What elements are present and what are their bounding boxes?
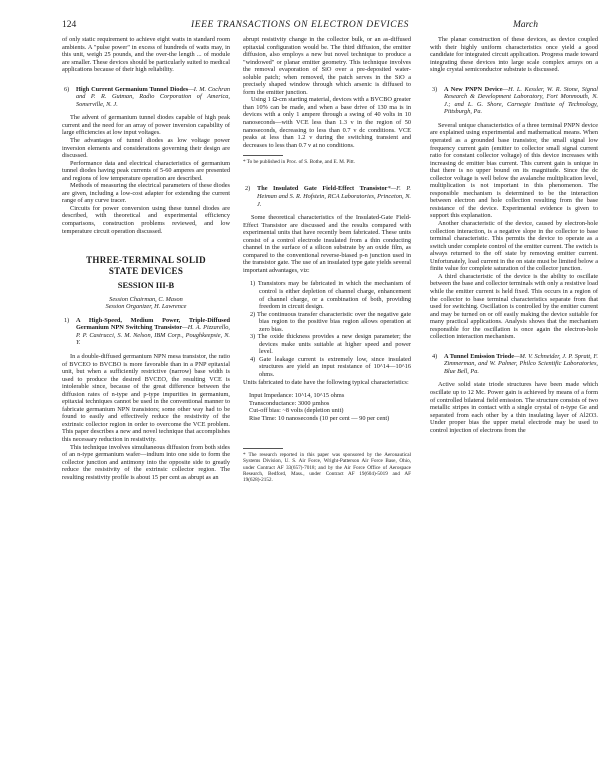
abstract-paragraph: A third characteristic of the device is …	[430, 273, 598, 341]
spec-item: Cut-off bias: ~8 volts (depletion unit)	[249, 407, 411, 415]
issue-month: March	[513, 20, 538, 30]
list-item: 1) Transistors may be fabricated in whic…	[247, 280, 411, 310]
paper-title-3: 3)A New PNPN Device—H. L. Kessler, W. R.…	[430, 86, 598, 116]
session-organizer: Session Organizer, H. Lawrence	[62, 303, 230, 311]
spec-item: Transconductance: 3000 µmhos	[249, 400, 411, 408]
abstract-paragraph: This technique involves simultaneous dif…	[62, 444, 230, 482]
journal-title: IEEE TRANSACTIONS ON ELECTRON DEVICES	[62, 20, 538, 30]
section-heading: THREE-TERMINAL SOLID STATE DEVICES	[62, 255, 230, 276]
journal-page: 124 IEEE TRANSACTIONS ON ELECTRON DEVICE…	[0, 0, 600, 760]
abstract-paragraph: In a double-diffused germanium NPN mesa …	[62, 353, 230, 444]
paper-title-1: 1)A High-Speed, Medium Power, Triple-Dif…	[62, 317, 230, 347]
column-middle: abrupt resistivity change in the collect…	[243, 36, 411, 483]
list-item: 3) The oxide thickness provides a new de…	[247, 333, 411, 356]
running-header: 124 IEEE TRANSACTIONS ON ELECTRON DEVICE…	[62, 20, 538, 34]
paper-title-6: 6)High Current Germanium Tunnel Diodes—I…	[62, 86, 230, 109]
footnote: * The research reported in this paper wa…	[243, 452, 411, 483]
paper-title-text: High Current Germanium Tunnel Diodes	[76, 86, 188, 93]
paper-title-text: A New PNPN Device	[444, 86, 503, 93]
continued-paragraph: of only static requirement to achieve ei…	[62, 36, 230, 74]
session-chairman: Session Chairman, C. Mason	[62, 296, 230, 304]
abstract-paragraph: Active solid state triode structures hav…	[430, 381, 598, 434]
column-right: The planar construction of these devices…	[430, 36, 598, 434]
abstract-paragraph: Methods of measuring the electrical para…	[62, 182, 230, 205]
spec-item: Input Impedance: 10^14, 10^15 ohms	[249, 392, 411, 400]
results-paragraph: Using 1 Ω-cm starting material, devices …	[243, 96, 411, 149]
list-item: 4) Gate leakage current is extremely low…	[247, 356, 411, 379]
abstract-paragraph: The advantages of tunnel diodes as low v…	[62, 137, 230, 160]
specs-list: Input Impedance: 10^14, 10^15 ohms Trans…	[243, 392, 411, 422]
units-intro: Units fabricated to date have the follow…	[243, 379, 411, 387]
section-heading-line: THREE-TERMINAL SOLID	[62, 255, 230, 266]
footnote-rule	[243, 448, 283, 449]
list-item: 2) The continuous transfer characteristi…	[247, 311, 411, 334]
abstract-paragraph: Performance data and electrical characte…	[62, 160, 230, 183]
section-heading-line: STATE DEVICES	[62, 266, 230, 277]
column-left: of only static requirement to achieve ei…	[62, 36, 230, 481]
abstract-paragraph: Some theoretical characteristics of the …	[243, 214, 411, 274]
continued-paragraph: The planar construction of these devices…	[430, 36, 598, 74]
paper-title-2: 2)The Insulated Gate Field-Effect Transi…	[243, 185, 411, 208]
continued-paragraph: abrupt resistivity change in the collect…	[243, 36, 411, 96]
paper-number: 3)	[432, 86, 444, 94]
abstract-paragraph: Circuits for power conversion using thes…	[62, 205, 230, 235]
abstract-paragraph: Several unique characteristics of a thre…	[430, 122, 598, 220]
footnote-rule	[243, 155, 283, 156]
paper-number: 1)	[64, 317, 76, 325]
session-heading: SESSION III-B	[62, 282, 230, 290]
paper-number: 4)	[432, 353, 444, 361]
paper-title-4: 4)A Tunnel Emission Triode—M. V. Schneid…	[430, 353, 598, 376]
paper-number: 6)	[64, 86, 76, 94]
abstract-paragraph: Another characteristic of the device, ca…	[430, 220, 598, 273]
paper-title-text: A Tunnel Emission Triode	[444, 353, 514, 360]
abstract-paragraph: The advent of germanium tunnel diodes ca…	[62, 114, 230, 137]
advantages-list: 1) Transistors may be fabricated in whic…	[243, 280, 411, 378]
paper-number: 2)	[245, 185, 257, 193]
paper-title-text: The Insulated Gate Field-Effect Transist…	[257, 185, 387, 192]
spec-item: Rise Time: 10 nanoseconds (10 per cent —…	[249, 415, 411, 423]
